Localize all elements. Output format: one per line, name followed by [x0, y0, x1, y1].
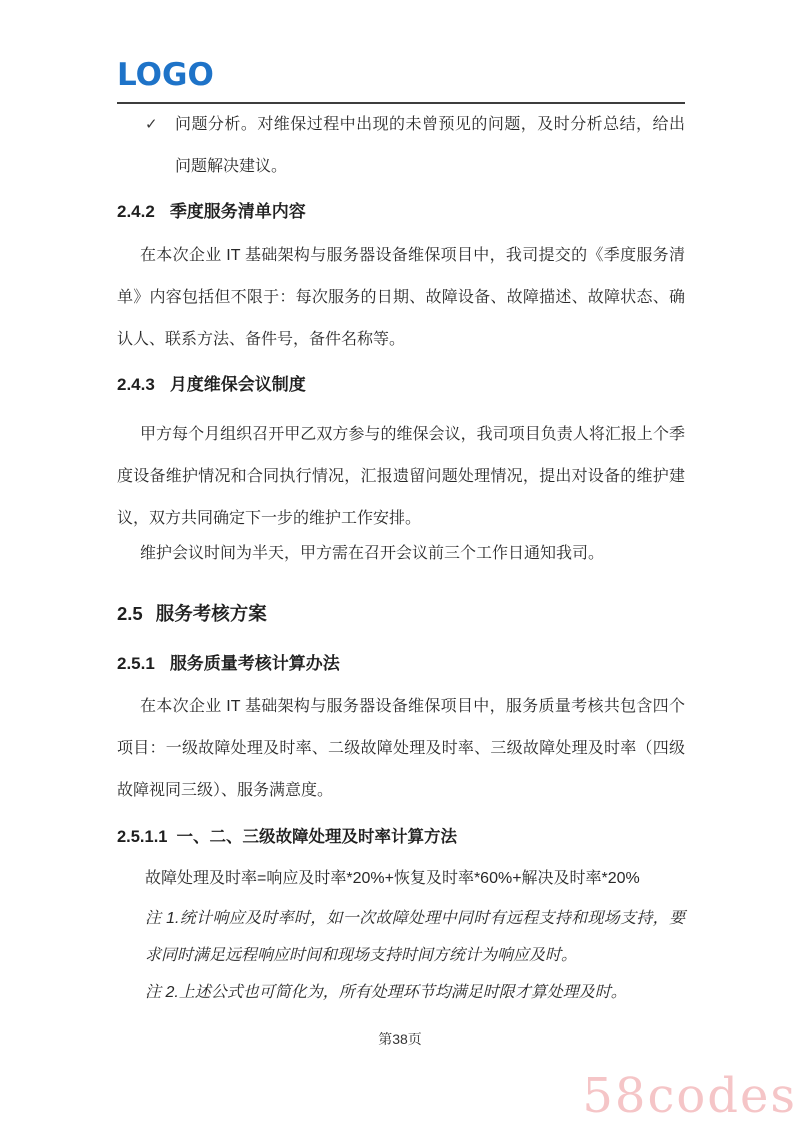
heading-2-4-3: 2.4.3 月度维保会议制度 [117, 373, 685, 397]
bullet-item-problem-analysis: ✓ 问题分析。对维保过程中出现的未曾预见的问题，及时分析总结，给出问题解决建议。 [117, 104, 685, 188]
heading-number: 2.4.2 [117, 200, 155, 224]
watermark: 58codes [582, 1068, 797, 1124]
heading-number: 2.4.3 [117, 373, 155, 397]
heading-2-5: 2.5 服务考核方案 [117, 601, 685, 627]
check-bullet-icon: ✓ [117, 104, 175, 188]
page-number: 第38页 [0, 1029, 800, 1049]
heading-title: 月度维保会议制度 [170, 373, 306, 397]
paragraph-2-4-2: 在本次企业 IT 基础架构与服务器设备维保项目中，我司提交的《季度服务清单》内容… [117, 235, 685, 361]
bullet-text: 问题分析。对维保过程中出现的未曾预见的问题，及时分析总结，给出问题解决建议。 [175, 104, 685, 188]
paragraph-2-4-3-a: 甲方每个月组织召开甲乙双方参与的维保会议，我司项目负责人将汇报上个季度设备维护情… [117, 414, 685, 540]
paragraph-2-4-3-b: 维护会议时间为半天，甲方需在召开会议前三个工作日通知我司。 [117, 533, 685, 575]
document-page: LOGO ✓ 问题分析。对维保过程中出现的未曾预见的问题，及时分析总结，给出问题… [0, 0, 800, 1132]
heading-title: 服务考核方案 [156, 601, 267, 627]
note-1: 注 1.统计响应及时率时，如一次故障处理中同时有远程支持和现场支持，要求同时满足… [145, 900, 685, 974]
heading-title: 服务质量考核计算办法 [170, 652, 340, 676]
note-2: 注 2.上述公式也可简化为，所有处理环节均满足时限才算处理及时。 [145, 974, 685, 1011]
heading-2-5-1-1: 2.5.1.1 一、二、三级故障处理及时率计算方法 [117, 825, 685, 849]
formula-fault-handling-rate: 故障处理及时率=响应及时率*20%+恢复及时率*60%+解决及时率*20% [145, 858, 685, 900]
page-header: LOGO [0, 0, 800, 104]
heading-title: 季度服务清单内容 [170, 200, 306, 224]
paragraph-2-5-1: 在本次企业 IT 基础架构与服务器设备维保项目中，服务质量考核共包含四个项目：一… [117, 686, 685, 812]
heading-number: 2.5 [117, 601, 143, 627]
heading-number: 2.5.1.1 [117, 825, 167, 849]
heading-2-5-1: 2.5.1 服务质量考核计算办法 [117, 652, 685, 676]
heading-title: 一、二、三级故障处理及时率计算方法 [176, 825, 457, 849]
document-body: ✓ 问题分析。对维保过程中出现的未曾预见的问题，及时分析总结，给出问题解决建议。… [0, 104, 800, 1011]
company-logo: LOGO [117, 57, 685, 93]
heading-number: 2.5.1 [117, 652, 155, 676]
heading-2-4-2: 2.4.2 季度服务清单内容 [117, 200, 685, 224]
